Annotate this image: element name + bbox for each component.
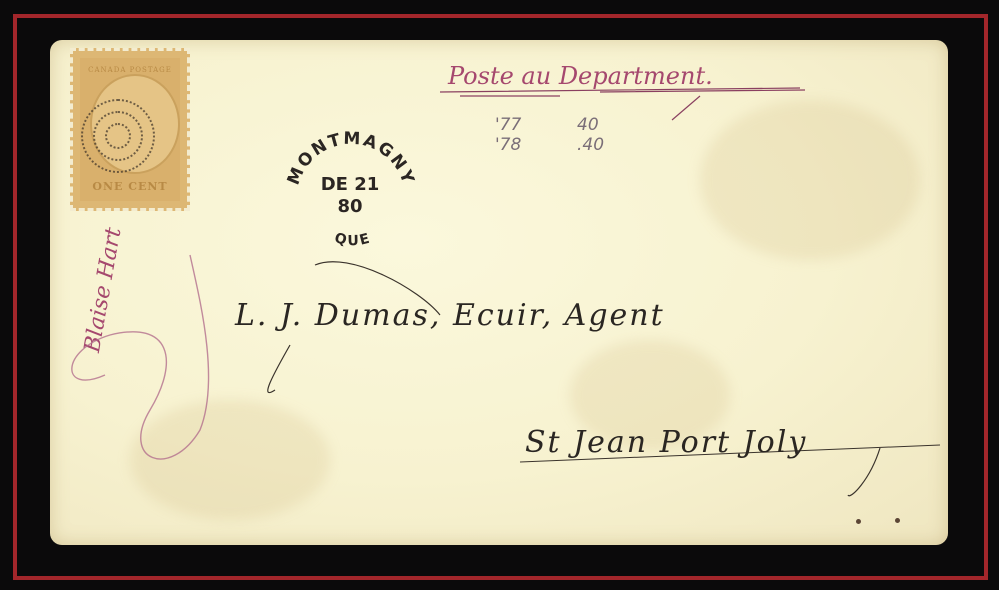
address-line-2: St Jean Port Joly: [525, 425, 807, 460]
ink-spot: [856, 519, 861, 524]
address-line-1: L. J. Dumas, Ecuir, Agent: [235, 298, 665, 333]
ink-spot: [895, 518, 900, 523]
handwriting-flourishes: [0, 0, 999, 590]
